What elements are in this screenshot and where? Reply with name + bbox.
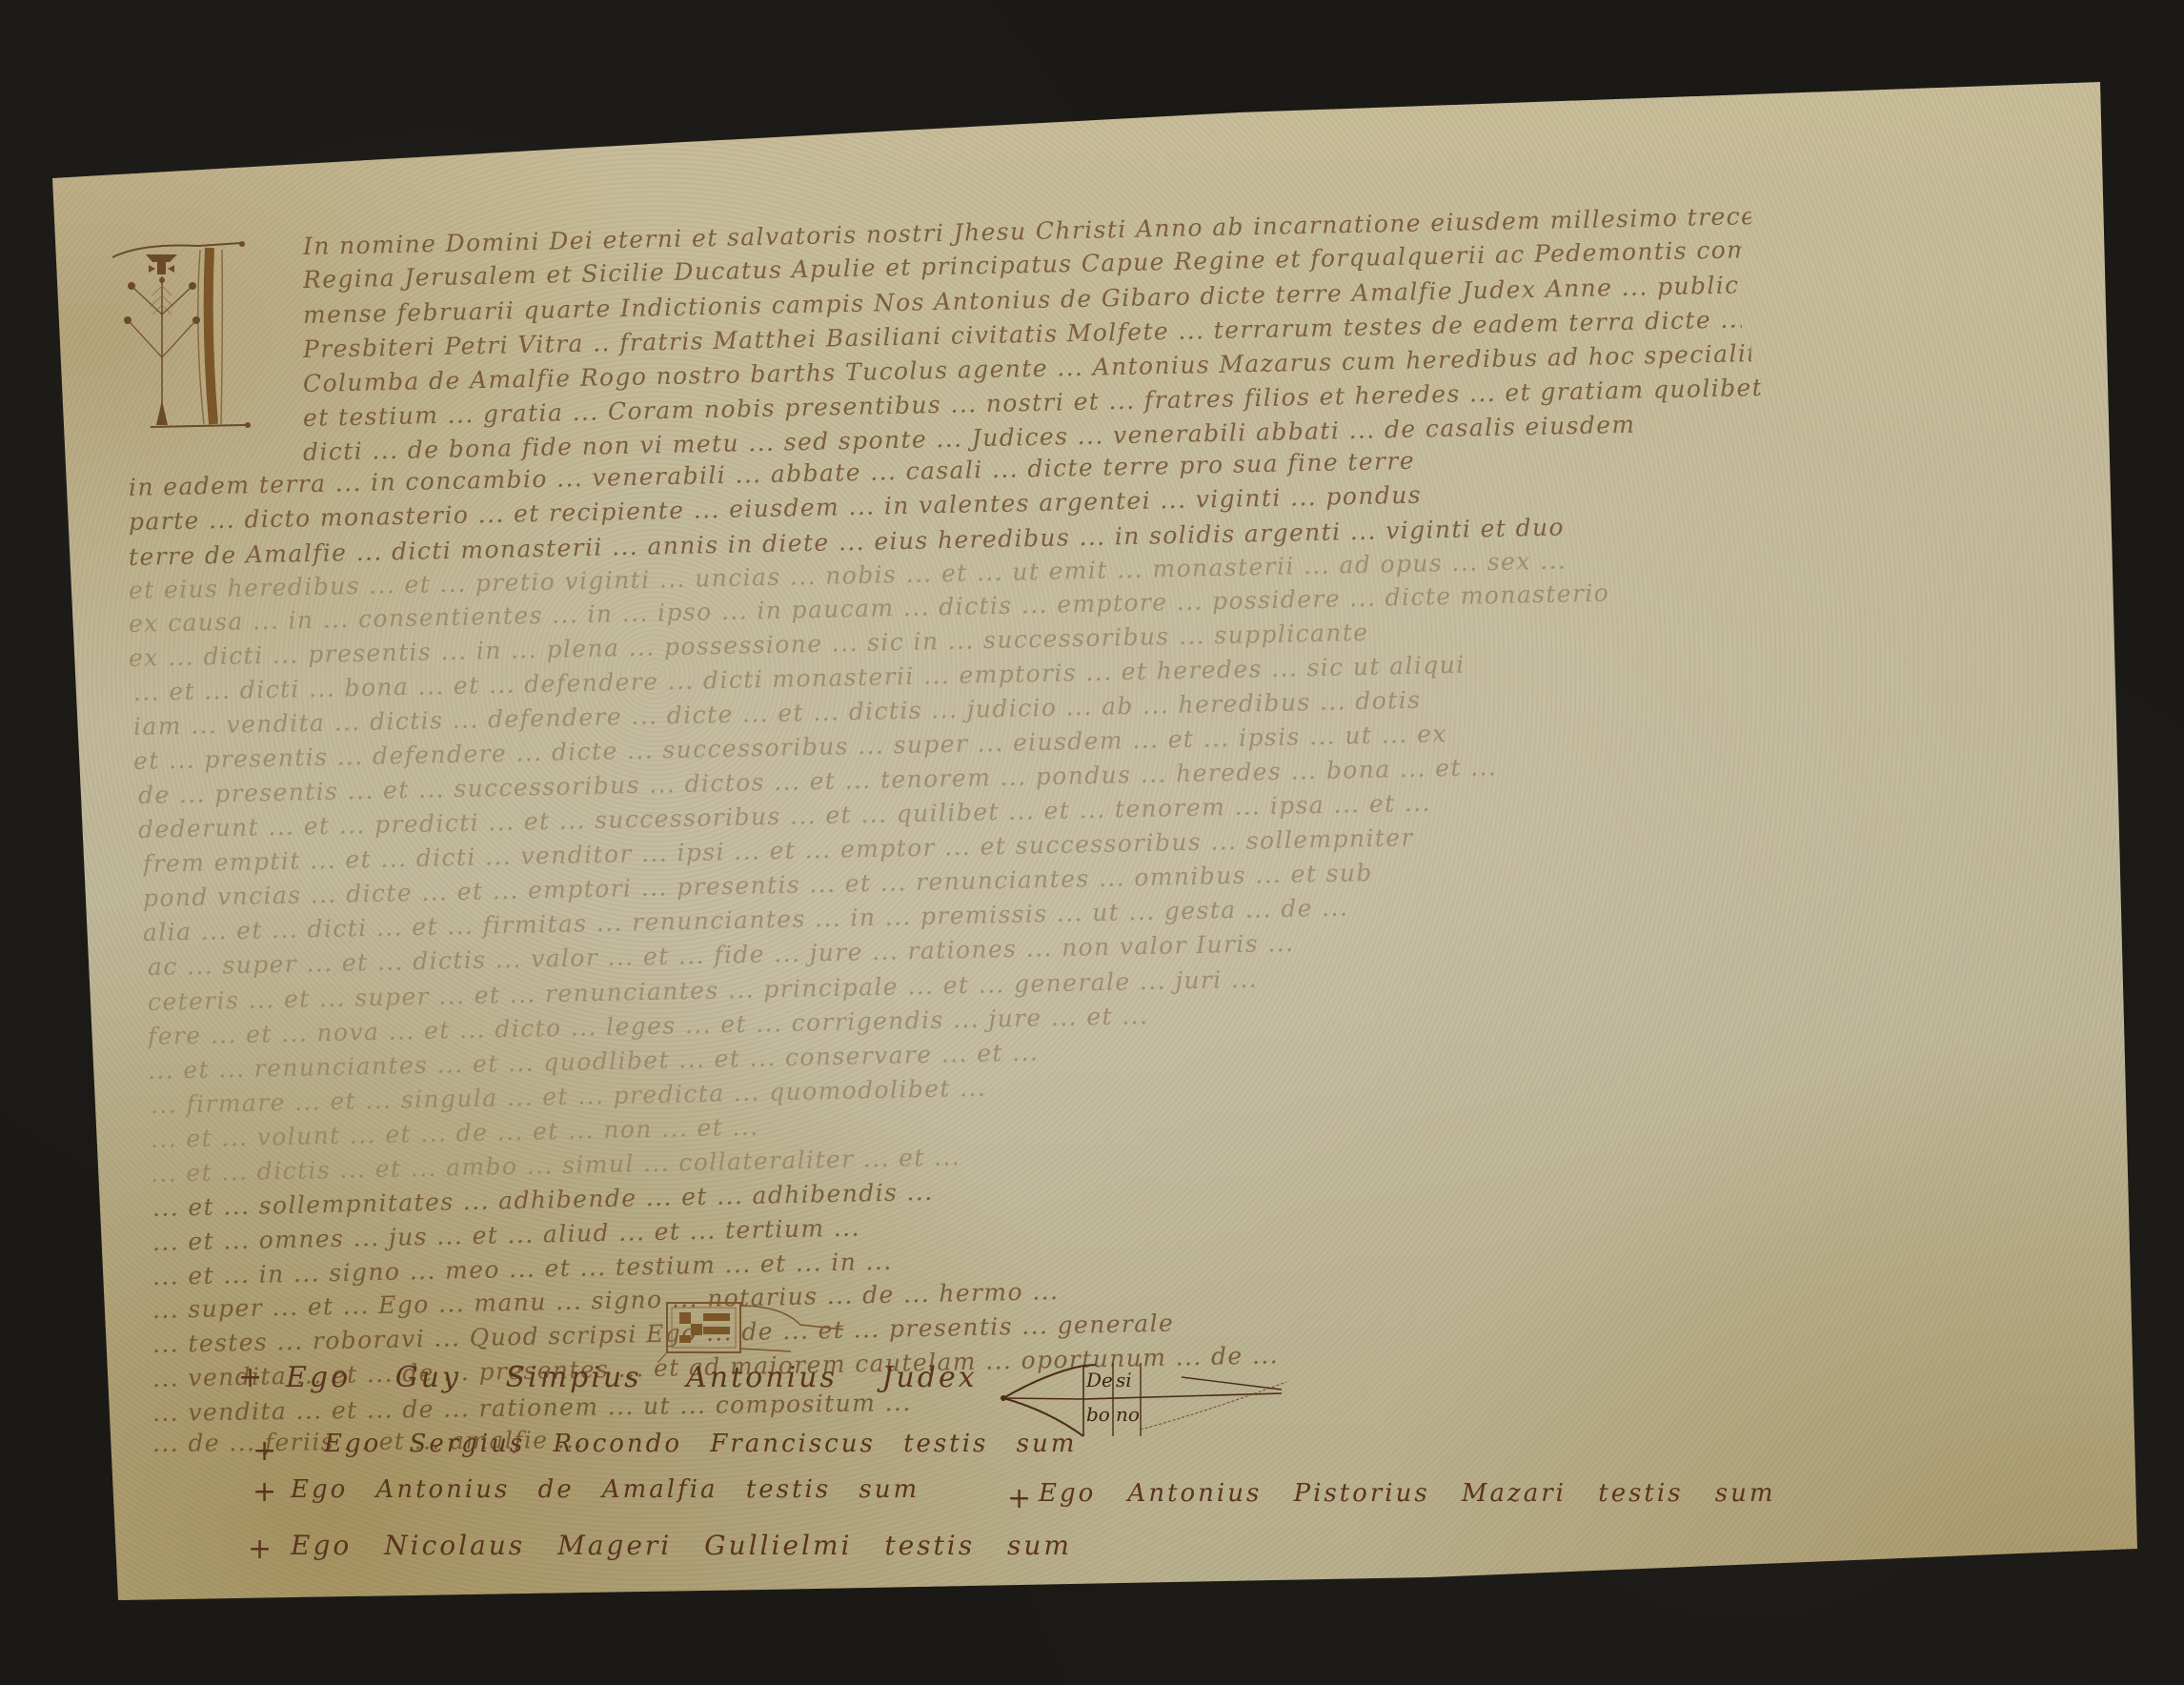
signature-witness-4: Ego Antonius Pistorius Mazari testis sum <box>1039 1479 1776 1508</box>
cross-icon: + <box>248 1533 272 1566</box>
notary-signum-icon <box>657 1296 848 1363</box>
grid-cell-de: De <box>1086 1369 1113 1391</box>
signature-witness-1: Ego Sergius Rocondo Franciscus testis su… <box>324 1430 1077 1458</box>
grid-cell-si: si <box>1116 1369 1132 1391</box>
cross-icon: + <box>1007 1482 1031 1515</box>
signature-witness-2: Ego Antonius de Amalfia testis sum <box>291 1475 920 1504</box>
signature-witness-3: Ego Nicolaus Mageri Gullielmi testis sum <box>291 1530 1072 1561</box>
cross-icon: + <box>253 1434 276 1468</box>
cross-icon: + <box>238 1361 262 1394</box>
cross-icon: + <box>253 1475 276 1509</box>
grid-cell-bo: bo <box>1086 1403 1110 1426</box>
grid-cell-no: no <box>1116 1403 1140 1426</box>
signature-judge: Ego Guy Simpius Antonius Judex <box>286 1361 978 1394</box>
